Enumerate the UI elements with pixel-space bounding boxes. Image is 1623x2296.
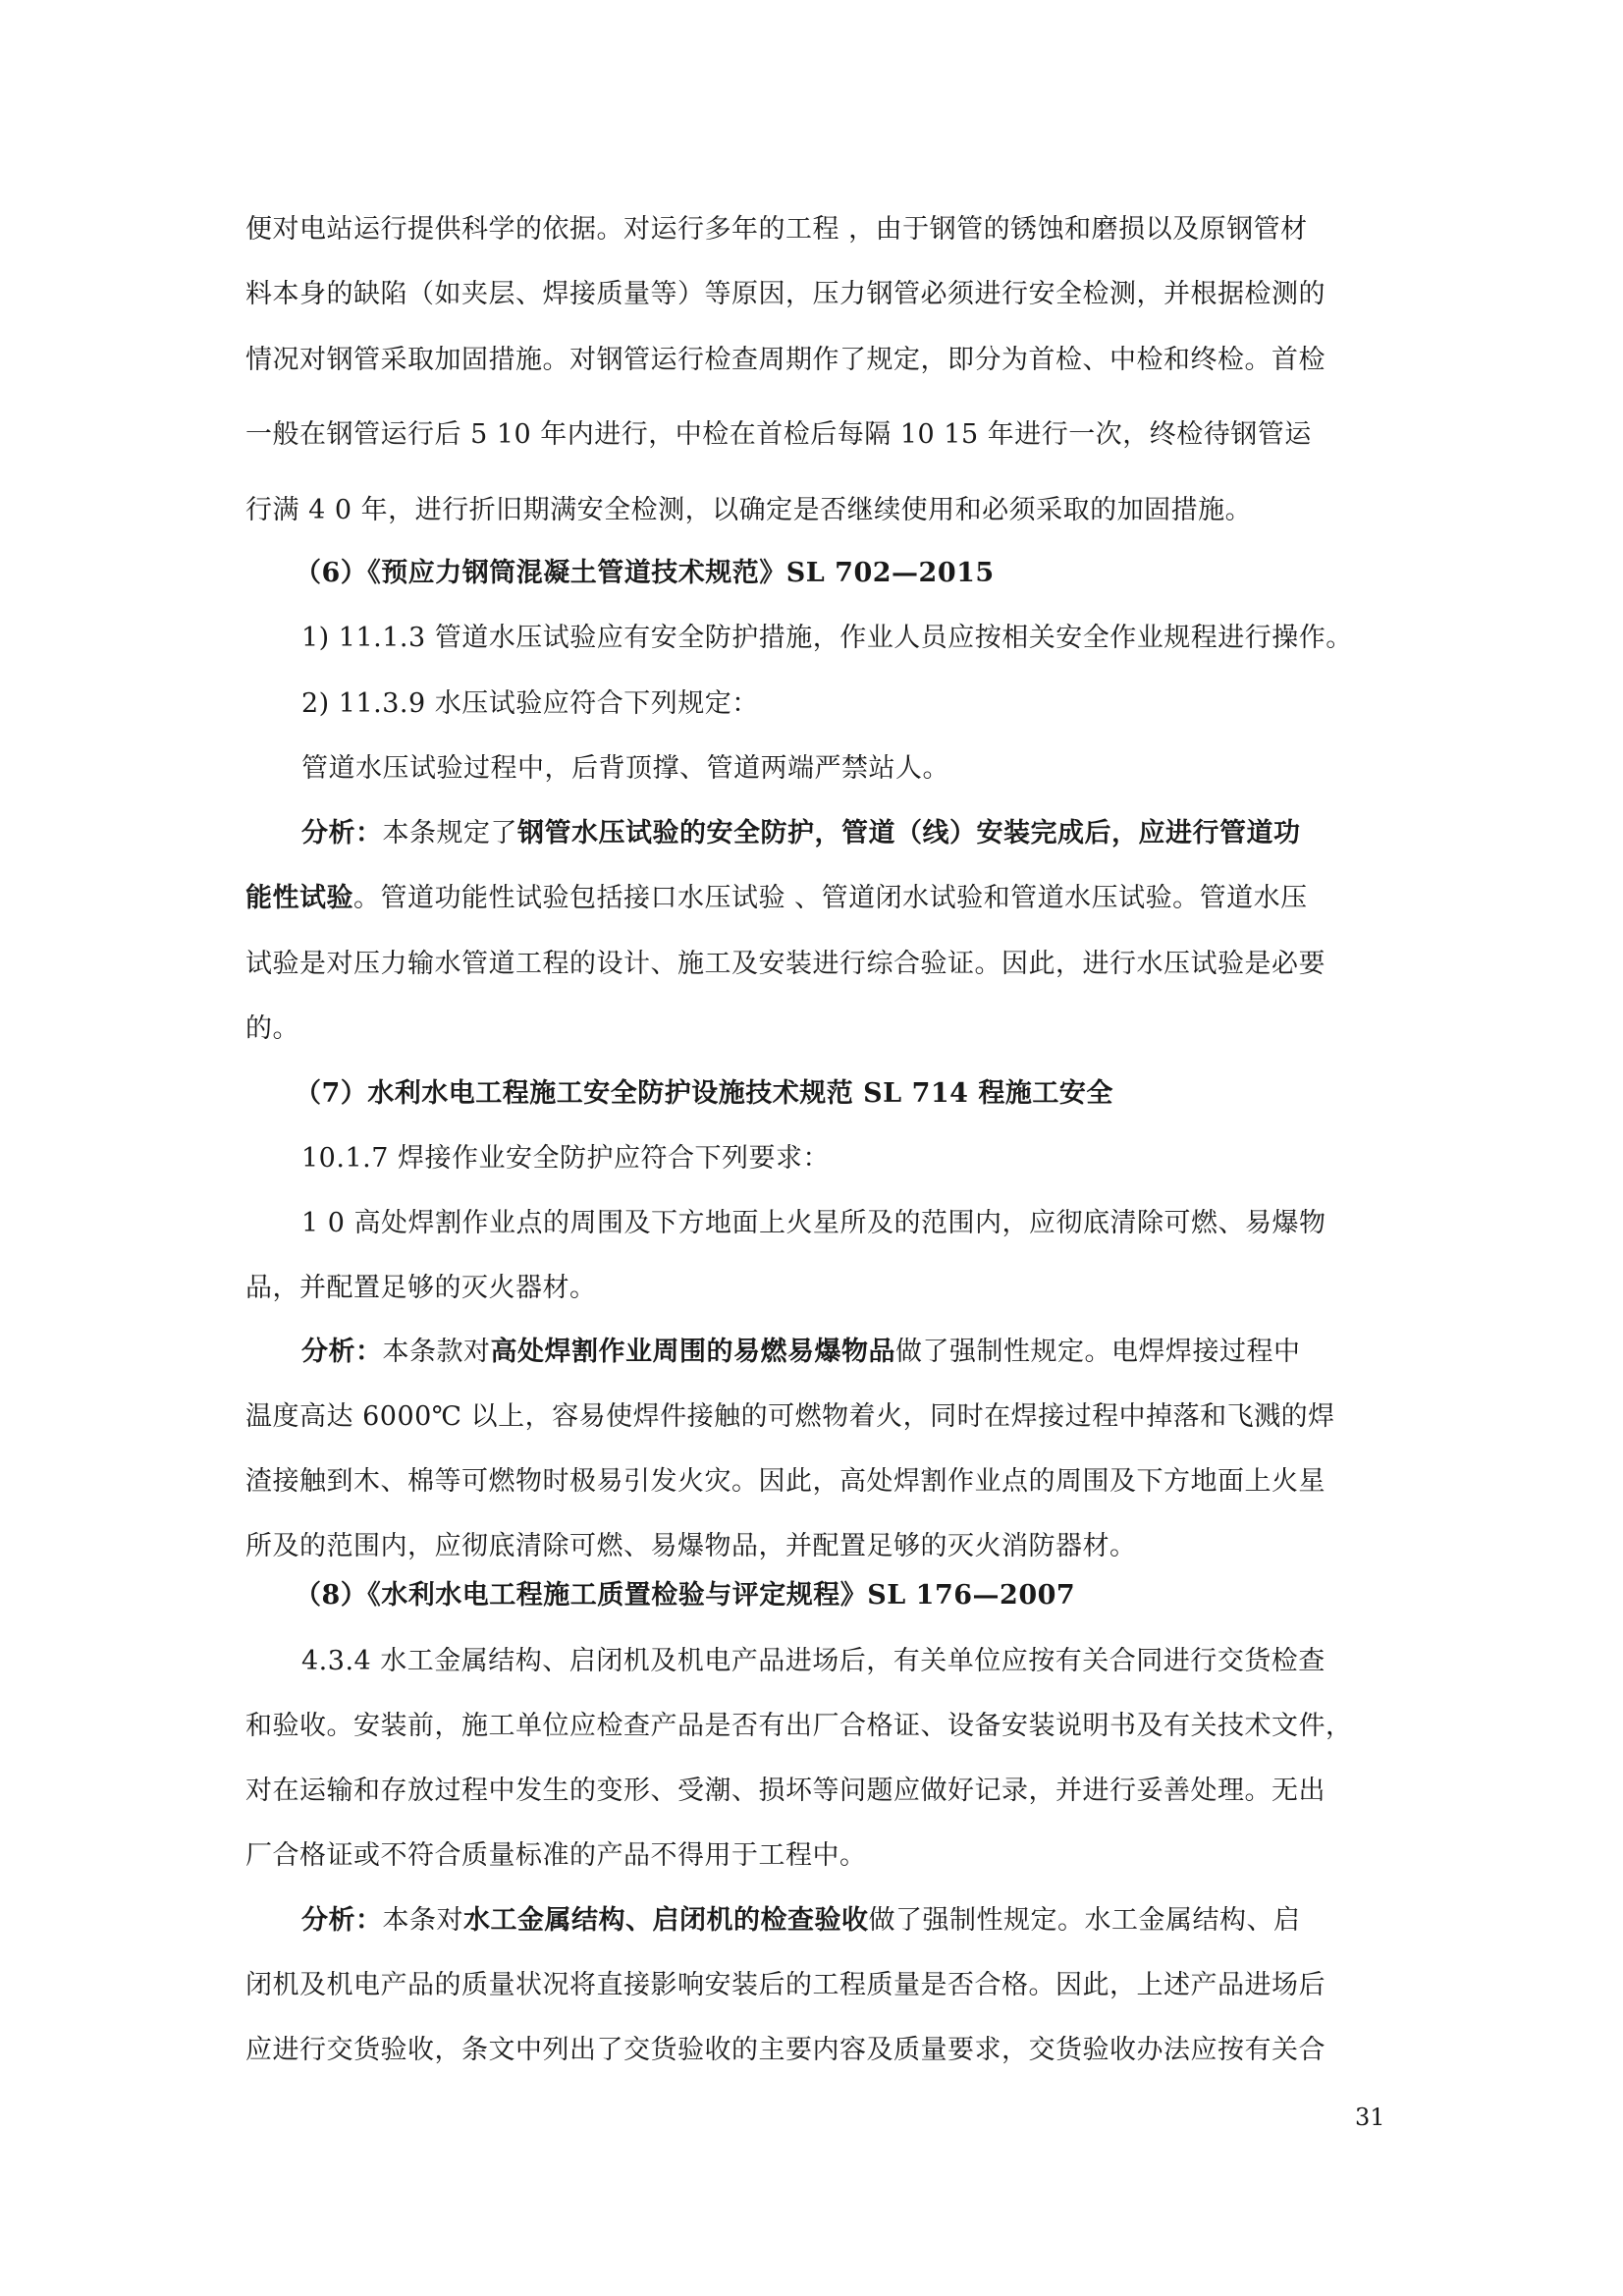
document-page: 便对电站运行提供科学的依据。对运行多年的工程 ，由于钢管的锈蚀和磨损以及原钢管材… bbox=[0, 0, 1623, 2296]
paragraph-line: 管道水压试验过程中，后背顶撑、管道两端严禁站人。 bbox=[301, 749, 1384, 789]
paragraph-line: 对在运输和存放过程中发生的变形、受潮、损坏等问题应做好记录，并进行妥善处理。无出 bbox=[245, 1772, 1384, 1811]
section-heading-8: （8）《水利水电工程施工质置检验与评定规程》SL 176—2007 bbox=[295, 1576, 1434, 1615]
clause-item-2: 2) 11.3.9 水压试验应符合下列规定： bbox=[301, 684, 1384, 724]
analysis-text: 本条规定了 bbox=[383, 818, 518, 848]
analysis-paragraph: 分析：本条规定了钢管水压试验的安全防护，管道（线）安装完成后，应进行管道功 bbox=[301, 814, 1384, 853]
paragraph-line: 闭机及机电产品的质量状况将直接影响安装后的工程质量是否合格。因此，上述产品进场后 bbox=[245, 1966, 1384, 2005]
analysis-emphasis: 高处焊割作业周围的易燃易爆物品 bbox=[491, 1337, 896, 1367]
paragraph-line: 和验收。安装前，施工单位应检查产品是否有出厂合格证、设备安装说明书及有关技术文件… bbox=[245, 1707, 1384, 1746]
clause-line: 10.1.7 焊接作业安全防护应符合下列要求： bbox=[301, 1139, 1384, 1178]
paragraph-line: 一般在钢管运行后 5 10 年内进行，中检在首检后每隔 10 15 年进行一次，… bbox=[245, 415, 1384, 455]
clause-line: 1 0 高处焊割作业点的周围及下方地面上火星所及的范围内，应彻底清除可燃、易爆物 bbox=[301, 1204, 1384, 1243]
paragraph-line: 应进行交货验收，条文中列出了交货验收的主要内容及质量要求，交货验收办法应按有关合 bbox=[245, 2031, 1384, 2070]
analysis-label: 分析： bbox=[301, 1337, 383, 1367]
analysis-emphasis: 水工金属结构、启闭机的检查验收 bbox=[463, 1905, 869, 1936]
section-heading-6: （6）《预应力钢筒混凝土管道技术规范》SL 702—2015 bbox=[295, 554, 1434, 593]
paragraph-line: 行满 4 0 年，进行折旧期满安全检测，以确定是否继续使用和必须采取的加固措施。 bbox=[245, 491, 1384, 530]
paragraph-line: 渣接触到木、棉等可燃物时极易引发火灾。因此，高处焊割作业点的周围及下方地面上火星 bbox=[245, 1462, 1384, 1502]
paragraph-line: 试验是对压力输水管道工程的设计、施工及安装进行综合验证。因此，进行水压试验是必要 bbox=[245, 945, 1384, 984]
analysis-text: 做了强制性规定。电焊焊接过程中 bbox=[895, 1337, 1301, 1367]
analysis-text: 。管道功能性试验包括接口水压试验 、管道闭水试验和管道水压试验。管道水压 bbox=[353, 883, 1308, 913]
paragraph-line: 厂合格证或不符合质量标准的产品不得用于工程中。 bbox=[245, 1836, 1384, 1876]
analysis-text: 本条对 bbox=[383, 1905, 464, 1936]
clause-item-1: 1) 11.1.3 管道水压试验应有安全防护措施，作业人员应按相关安全作业规程进… bbox=[301, 619, 1384, 658]
clause-line: 4.3.4 水工金属结构、启闭机及机电产品进场后，有关单位应按有关合同进行交货检… bbox=[301, 1642, 1384, 1681]
analysis-paragraph-line: 能性试验。管道功能性试验包括接口水压试验 、管道闭水试验和管道水压试验。管道水压 bbox=[245, 879, 1384, 918]
paragraph-line: 的。 bbox=[245, 1010, 1384, 1049]
paragraph-line: 料本身的缺陷（如夹层、焊接质量等）等原因，压力钢管必须进行安全检测，并根据检测的 bbox=[245, 275, 1384, 314]
paragraph-line: 品，并配置足够的灭火器材。 bbox=[245, 1269, 1384, 1308]
analysis-emphasis: 钢管水压试验的安全防护，管道（线）安装完成后，应进行管道功 bbox=[517, 818, 1301, 848]
analysis-label: 分析： bbox=[301, 818, 383, 848]
page-number: 31 bbox=[1355, 2102, 1385, 2133]
paragraph-line: 所及的范围内，应彻底清除可燃、易爆物品，并配置足够的灭火消防器材。 bbox=[245, 1527, 1384, 1566]
analysis-label: 分析： bbox=[301, 1905, 383, 1936]
analysis-paragraph: 分析：本条对水工金属结构、启闭机的检查验收做了强制性规定。水工金属结构、启 bbox=[301, 1901, 1384, 1941]
analysis-emphasis: 能性试验 bbox=[245, 883, 353, 913]
analysis-text: 做了强制性规定。水工金属结构、启 bbox=[869, 1905, 1301, 1936]
paragraph-line: 情况对钢管采取加固措施。对钢管运行检查周期作了规定，即分为首检、中检和终检。首检 bbox=[245, 341, 1384, 380]
section-heading-7: （7）水利水电工程施工安全防护设施技术规范 SL 714 程施工安全 bbox=[295, 1074, 1434, 1114]
paragraph-line: 温度高达 6000℃ 以上，容易使焊件接触的可燃物着火，同时在焊接过程中掉落和飞… bbox=[245, 1397, 1384, 1437]
analysis-text: 本条款对 bbox=[383, 1337, 491, 1367]
paragraph-line: 便对电站运行提供科学的依据。对运行多年的工程 ，由于钢管的锈蚀和磨损以及原钢管材 bbox=[245, 210, 1384, 249]
analysis-paragraph: 分析：本条款对高处焊割作业周围的易燃易爆物品做了强制性规定。电焊焊接过程中 bbox=[301, 1333, 1384, 1372]
